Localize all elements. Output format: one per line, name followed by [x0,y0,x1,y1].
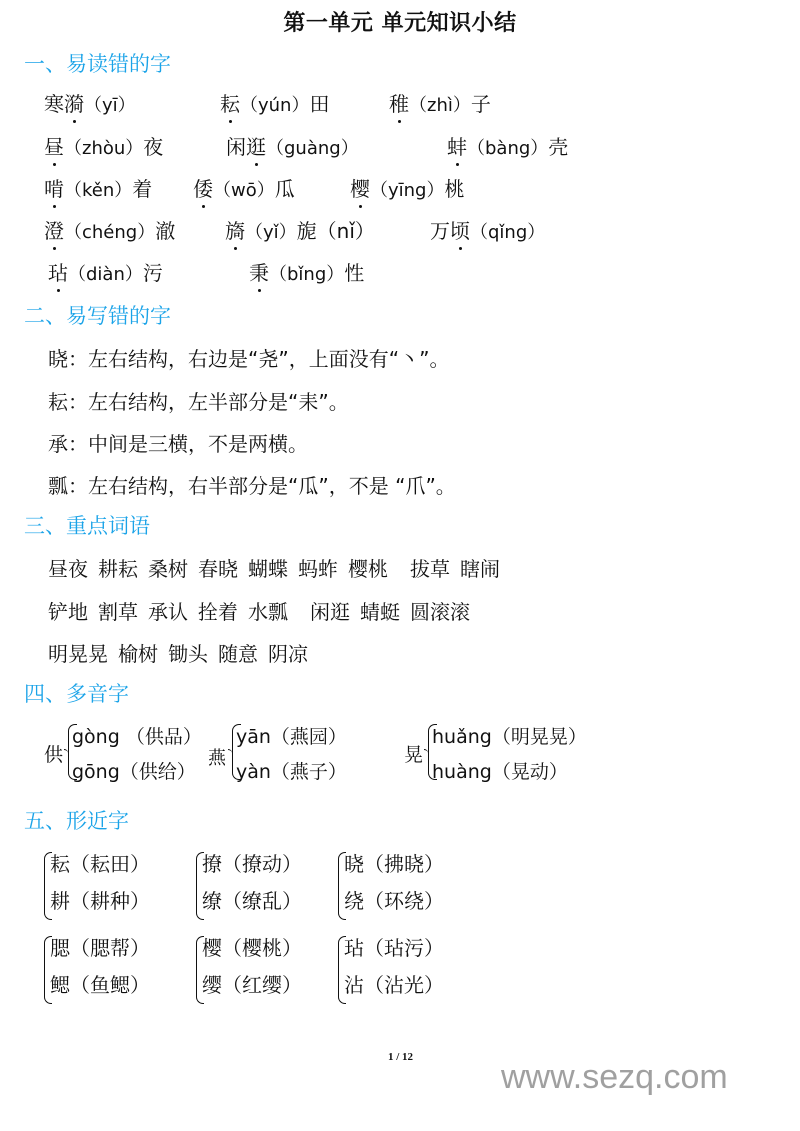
miswrite-item: 耘：左右结构，左半部分是“耒”。 [48,386,349,415]
polyphone-gong: 供 gòng （供品） gōng（供给） [44,722,214,782]
word: 阴凉 [268,642,308,666]
polyphone-reading: huàng（晃动） [432,757,568,784]
misread-item: 稚（zhì）子 [389,88,491,117]
section-heading-misread: 一、易读错的字 [24,48,171,78]
section-heading-similar-chars: 五、形近字 [24,805,129,835]
word: 蝴蝶 [248,557,288,581]
word: 蚂蚱 [298,557,338,581]
similar-pair: 樱（樱桃） 缨（红缨） [196,932,326,1006]
misread-item: 闲逛（guàng） [226,131,359,160]
polyphone-reading: huǎng（明晃晃） [432,722,587,749]
key-words-row-1: 昼夜耕耘桑树春晓蝴蝶蚂蚱樱桃拔草瞎闹 [48,553,510,582]
misread-item: 秉（bǐng）性 [249,257,364,286]
word: 樱桃 [348,557,388,581]
similar-pair: 玷（玷污） 沾（沾光） [338,932,468,1006]
misread-item: 倭（wō）瓜 [193,173,295,202]
page-number: 1 / 12 [388,1051,413,1063]
similar-pair: 耘（耘田） 耕（耕种） [44,848,174,922]
section-heading-polyphones: 四、多音字 [24,678,129,708]
word: 耕耘 [98,557,138,581]
polyphone-char: 供 [44,740,63,767]
word: 拴着 [198,600,238,624]
word: 随意 [218,642,258,666]
word: 承认 [148,600,188,624]
word: 闲逛 [310,600,350,624]
word: 水瓢 [248,600,288,624]
word: 割草 [98,600,138,624]
misread-item: 澄（chéng）澈 [44,215,175,244]
polyphone-reading: gōng（供给） [72,757,196,784]
miswrite-item: 瓢：左右结构，右半部分是“瓜”，不是 “爪”。 [48,470,456,499]
polyphone-reading: yān（燕园） [236,722,347,749]
misread-item: 耘（yún）田 [220,88,329,117]
similar-pair: 撩（撩动） 缭（缭乱） [196,848,326,922]
similar-pair: 腮（腮帮） 鳃（鱼鳃） [44,932,174,1006]
word: 锄头 [168,642,208,666]
polyphone-huang: 晃 huǎng（明晃晃） huàng（晃动） [404,722,604,782]
watermark: www.sezq.com [501,1058,728,1097]
word: 榆树 [118,642,158,666]
word: 春晓 [198,557,238,581]
word: 瞎闹 [460,557,500,581]
polyphone-yan: 燕 yān（燕园） yàn（燕子） [208,722,358,782]
misread-item: 旖（yǐ）旎（nǐ） [225,215,375,244]
misread-item: 啃（kěn）着 [44,173,152,202]
similar-pair: 晓（拂晓） 绕（环绕） [338,848,468,922]
misread-item: 蚌（bàng）壳 [447,131,568,160]
key-words-row-2: 铲地割草承认拴着水瓢闲逛蜻蜓圆滚滚 [48,596,480,625]
page-title: 第一单元 单元知识小结 [0,6,800,37]
misread-item: 寒漪（yī） [44,88,136,117]
misread-item: 樱（yīng）桃 [350,173,465,202]
polyphone-reading: yàn（燕子） [236,757,347,784]
word: 桑树 [148,557,188,581]
key-words-row-3: 明晃晃榆树锄头随意阴凉 [48,638,318,667]
word: 昼夜 [48,557,88,581]
section-heading-key-words: 三、重点词语 [24,510,150,540]
section-heading-miswrite: 二、易写错的字 [24,300,171,330]
word: 圆滚滚 [410,600,470,624]
word: 蜻蜓 [360,600,400,624]
misread-item: 玷（diàn）污 [48,257,163,286]
word: 明晃晃 [48,642,108,666]
misread-item: 万顷（qǐng） [430,215,545,244]
word: 铲地 [48,600,88,624]
polyphone-char: 燕 [208,744,226,770]
misread-item: 昼（zhòu）夜 [44,131,163,160]
word: 拔草 [410,557,450,581]
polyphone-char: 晃 [404,740,423,767]
miswrite-item: 晓：左右结构，右边是“尧”，上面没有“丶”。 [48,343,449,372]
polyphone-reading: gòng （供品） [72,722,202,749]
miswrite-item: 承：中间是三横，不是两横。 [48,428,308,457]
